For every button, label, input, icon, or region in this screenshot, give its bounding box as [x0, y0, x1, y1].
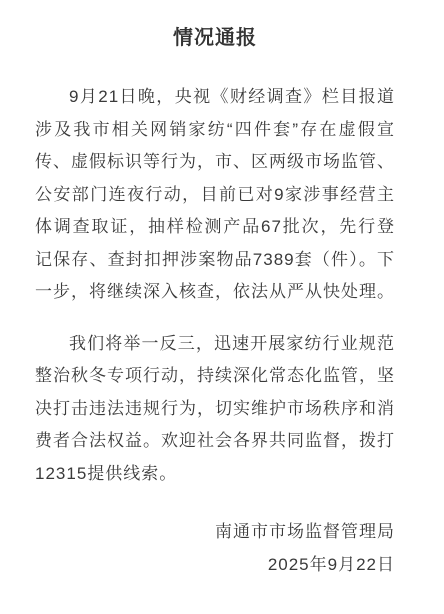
notice-title: 情况通报	[35, 24, 395, 52]
notice-page: 情况通报 9月21日晚，央视《财经调查》栏目报道涉及我市相关网销家纺“四件套”存…	[0, 0, 444, 614]
notice-paragraph-1: 9月21日晚，央视《财经调查》栏目报道涉及我市相关网销家纺“四件套”存在虚假宣传…	[35, 81, 395, 309]
signature-block: 南通市市场监督管理局 2025年9月22日	[35, 515, 395, 581]
signature-date: 2025年9月22日	[35, 548, 395, 581]
signature-org: 南通市市场监督管理局	[35, 515, 395, 548]
notice-paragraph-2: 我们将举一反三，迅速开展家纺行业规范整治秋冬专项行动，持续深化常态化监管，坚决打…	[35, 328, 395, 491]
